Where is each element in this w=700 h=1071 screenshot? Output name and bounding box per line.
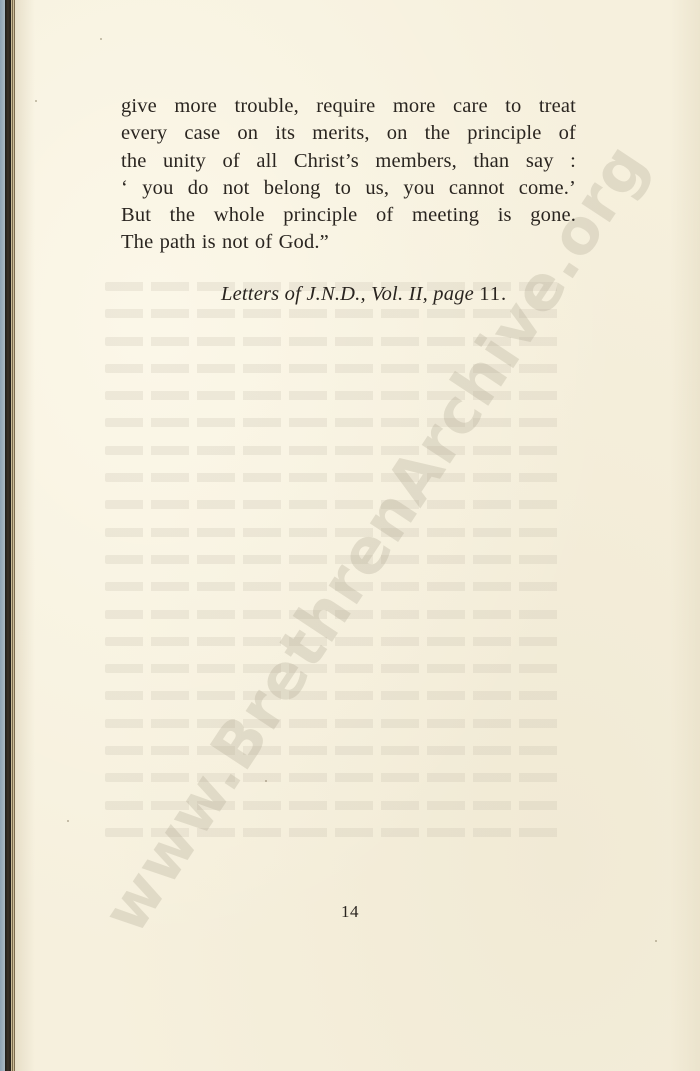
show-through-line (105, 555, 560, 564)
body-line: But the whole principle of meeting is go… (121, 202, 576, 229)
paper-speck (35, 100, 37, 102)
show-through-line (105, 391, 560, 400)
show-through-line (105, 582, 560, 591)
citation: Letters of J.N.D., Vol. II, page 11. (221, 283, 507, 306)
show-through-line (105, 309, 560, 318)
citation-text: Letters of J.N.D., Vol. II, page (221, 283, 474, 305)
book-page: www.BrethrenArchive.org give more troubl… (15, 0, 700, 1071)
show-through-line (105, 801, 560, 810)
show-through-line (105, 719, 560, 728)
show-through-line (105, 500, 560, 509)
show-through-line (105, 828, 560, 837)
show-through-text (105, 282, 560, 855)
show-through-line (105, 691, 560, 700)
citation-page-ref: 11. (479, 283, 507, 305)
show-through-line (105, 773, 560, 782)
gutter-shadow (15, 0, 35, 1071)
show-through-line (105, 418, 560, 427)
show-through-line (105, 637, 560, 646)
paper-speck (655, 940, 657, 942)
show-through-line (105, 337, 560, 346)
show-through-line (105, 364, 560, 373)
show-through-line (105, 473, 560, 482)
show-through-line (105, 746, 560, 755)
page-edge-shadow (670, 0, 700, 1071)
paper-speck (67, 820, 69, 822)
show-through-line (105, 664, 560, 673)
body-line: give more trouble, require more care to … (121, 93, 576, 120)
show-through-line (105, 446, 560, 455)
show-through-line (105, 528, 560, 537)
paper-speck (100, 38, 102, 40)
body-line: the unity of all Christ’s members, than … (121, 148, 576, 175)
body-line: ‘ you do not belong to us, you cannot co… (121, 175, 576, 202)
body-line: The path is not of God.” (121, 229, 576, 256)
body-line: every case on its merits, on the princip… (121, 120, 576, 147)
paper-speck (265, 780, 267, 782)
show-through-line (105, 610, 560, 619)
body-text: give more trouble, require more care to … (121, 93, 576, 257)
page-number: 14 (341, 902, 359, 922)
